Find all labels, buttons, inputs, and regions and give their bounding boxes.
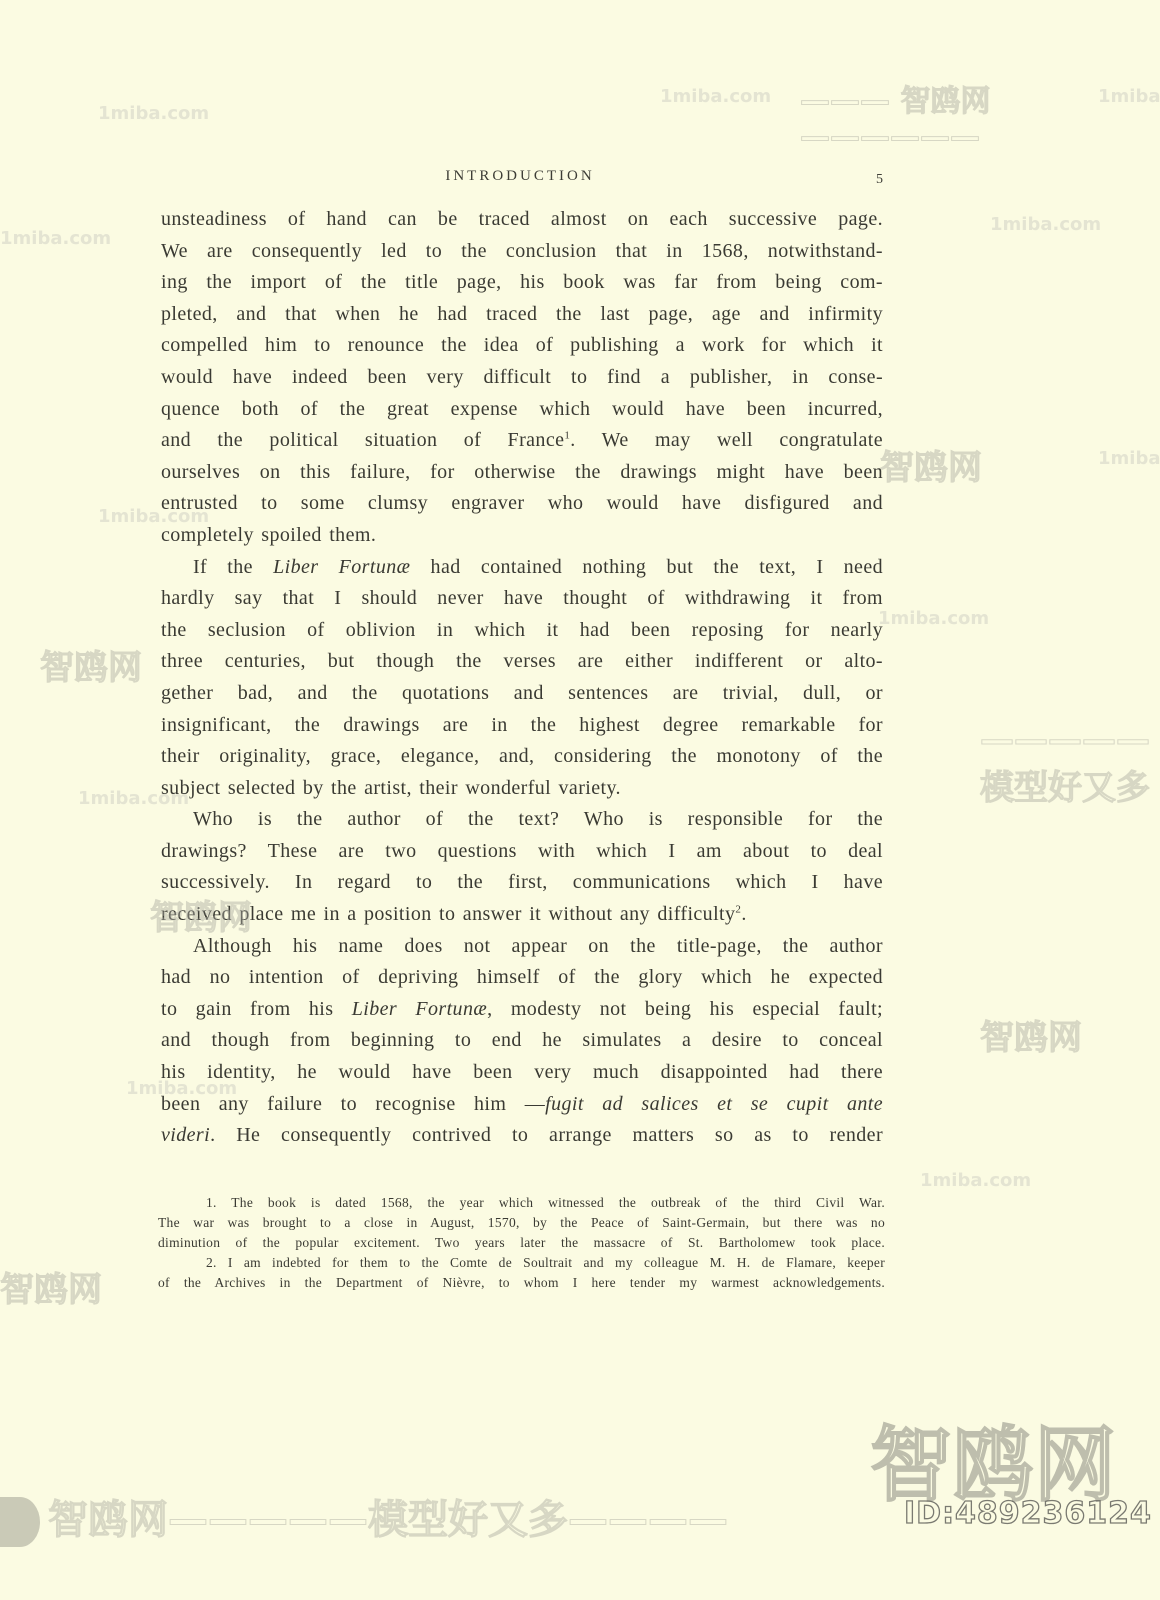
text-line: hardly say that I should never have thou… [161,583,883,615]
text-line: ing the import of the title page, his bo… [161,267,883,299]
watermark-brand: 智鸥网 [880,440,982,489]
latin-quote-end: videri [161,1124,210,1146]
text-line: to gain from his Liber Fortunæ, modesty … [161,994,883,1026]
watermark-id: ID:489236124 [904,1496,1152,1531]
text-line: We are consequently led to the conclusio… [161,236,883,268]
text-line: three centuries, but though the verses a… [161,646,883,678]
text-line: had no intention of depriving himself of… [161,962,883,994]
latin-quote: fugit ad salices et se cupit ante [545,1093,883,1115]
watermark-brand: ——— 智鸥网 —————— [800,76,1160,155]
footnote-1: 1. The book is dated 1568, the year whic… [158,1193,885,1213]
text-line: been any failure to recognise him —fugit… [161,1089,883,1121]
text-line: completely spoiled them. [161,520,883,552]
watermark-brand-large: 智鸥网 [870,1400,1116,1517]
text-line: unsteadiness of hand can be traced almos… [161,204,883,236]
footnote-1-cont: diminution of the popular excitement. Tw… [158,1233,885,1253]
watermark-brand: 智鸥网 [40,640,142,689]
footnote-2: 2. I am indebted for them to the Comte d… [158,1253,885,1273]
footnote-1-cont: The war was brought to a close in August… [158,1213,885,1233]
text-line: his identity, he would have been very mu… [161,1057,883,1089]
text-line: successively. In regard to the first, co… [161,867,883,899]
text-line: received place me in a position to answe… [161,899,883,931]
book-title: Liber Fortunæ [352,998,487,1020]
text-line: would have indeed been very difficult to… [161,362,883,394]
text-line: and the political situation of France1. … [161,425,883,457]
text-line: their originality, grace, elegance, and,… [161,741,883,773]
watermark-brand: 智鸥网 [0,1262,102,1311]
text-line: pleted, and that when he had traced the … [161,299,883,331]
watermark-slogan: 智鸥网—————模型好又多———— [48,1488,728,1545]
watermark-site: 1miba.com [0,228,111,249]
watermark-site: 1miba.com [98,103,209,124]
page-number: 5 [876,172,883,188]
document-page: INTRODUCTION 5 unsteadiness of hand can … [0,0,1160,1600]
bird-logo-icon [0,1497,40,1547]
watermark-site: 1miba.com [920,1170,1031,1191]
watermark-brand: 智鸥网 [980,1010,1082,1059]
text-line: compelled him to renounce the idea of pu… [161,330,883,362]
text-line: and though from beginning to end he simu… [161,1025,883,1057]
watermark-site: 1miba.com [990,214,1101,235]
text-line: entrusted to some clumsy engraver who wo… [161,488,883,520]
text-line: insignificant, the drawings are in the h… [161,710,883,742]
watermark-site: 1miba.com [660,86,771,107]
text-line: drawings? These are two questions with w… [161,836,883,868]
text-line: quence both of the great expense which w… [161,394,883,426]
watermark-site: 1miba.com [1098,448,1160,469]
text-line: the seclusion of oblivion in which it ha… [161,615,883,647]
text-line: videri. He consequently contrived to arr… [161,1120,883,1152]
watermark-site: 1miba.com [878,608,989,629]
book-title: Liber Fortunæ [273,556,410,578]
text-line: ourselves on this failure, for otherwise… [161,457,883,489]
text-line: If the Liber Fortunæ had contained nothi… [161,552,883,584]
text-line: Although his name does not appear on the… [161,931,883,963]
footnote-2-cont: of the Archives in the Department of Niè… [158,1273,885,1293]
watermark-site: 1miba.com [1098,86,1160,107]
body-text: unsteadiness of hand can be traced almos… [161,204,883,1152]
text-line: gether bad, and the quotations and sente… [161,678,883,710]
text-line: subject selected by the artist, their wo… [161,773,883,805]
running-title: INTRODUCTION [160,168,880,185]
footnotes: 1. The book is dated 1568, the year whic… [158,1193,885,1293]
watermark-slogan: —————模型好又多 [980,720,1160,809]
text-line: Who is the author of the text? Who is re… [161,804,883,836]
